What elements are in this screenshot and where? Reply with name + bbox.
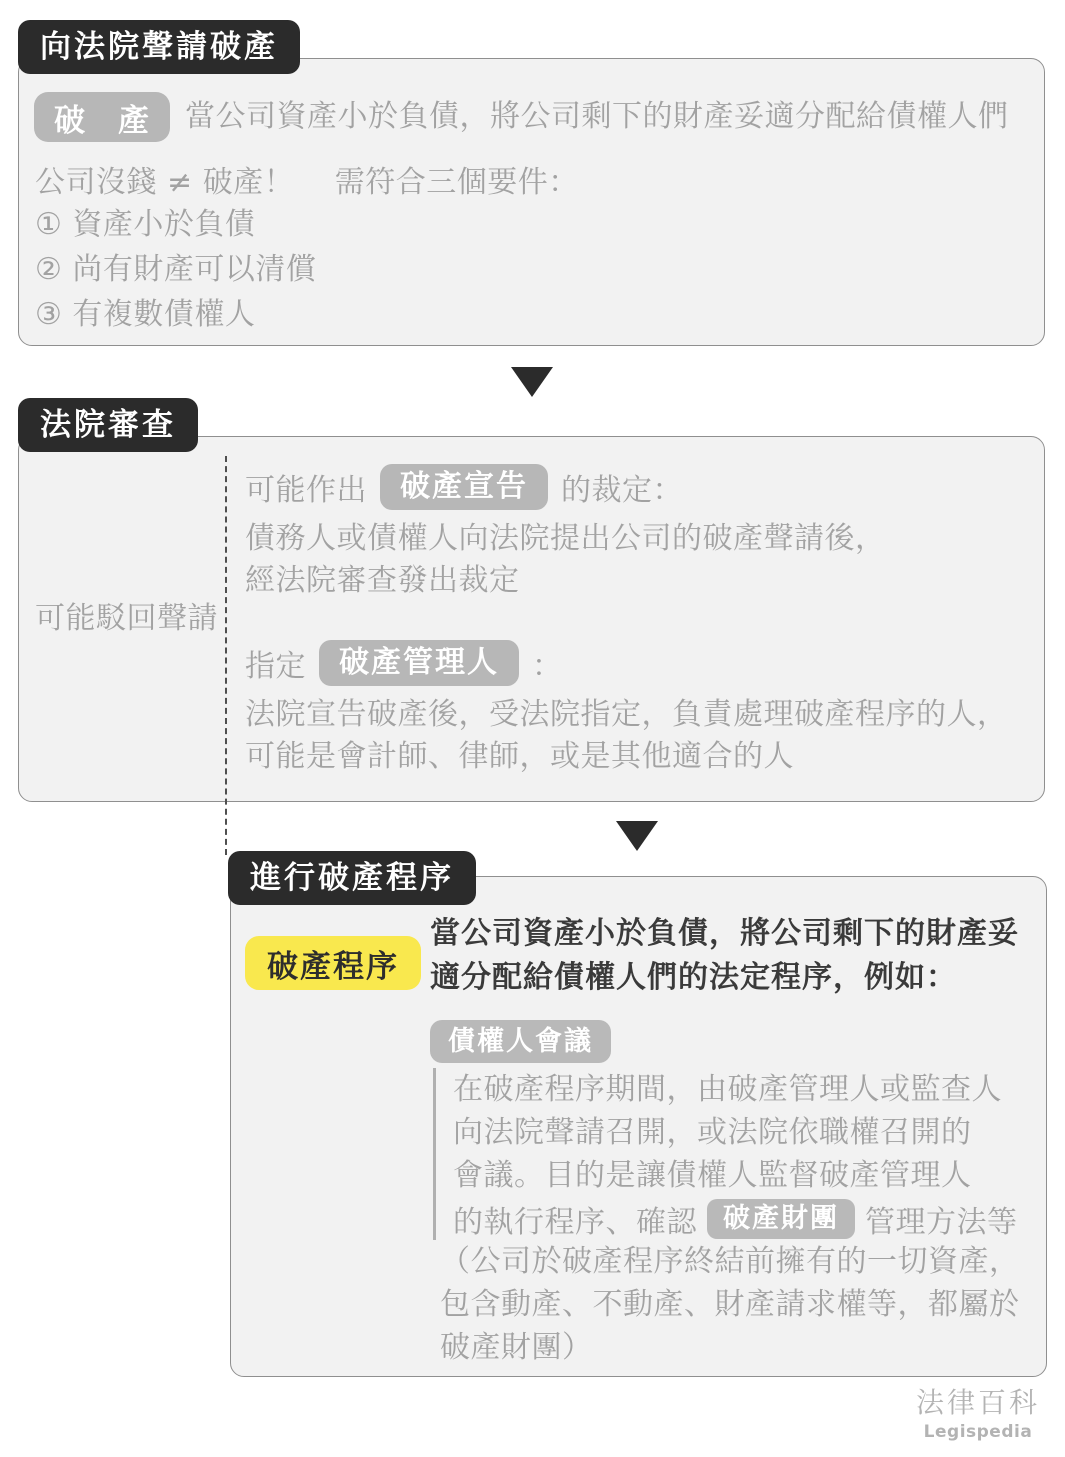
procedure-definition-line1: 當公司資產小於負債，將公司剩下的財產妥 bbox=[430, 912, 1019, 956]
bankruptcy-estate-badge: 破產財團 bbox=[707, 1199, 855, 1239]
inline-suffix: 管理方法等 bbox=[865, 1197, 1018, 1241]
rejection-note: 可能駁回聲請 bbox=[35, 604, 218, 634]
down-arrow-icon bbox=[511, 367, 553, 397]
meeting-desc-line4: 的執行程序、確認 破產財團 管理方法等 bbox=[453, 1197, 1018, 1240]
step1-label: 向法院聲請破產 bbox=[18, 20, 300, 74]
bankruptcy-procedure-badge: 破產程序 bbox=[245, 936, 421, 990]
step1-definition: 當公司資產小於負債，將公司剩下的財產妥適分配給債權人們 bbox=[185, 102, 1009, 132]
down-arrow-icon bbox=[616, 821, 658, 851]
step3-label: 進行破產程序 bbox=[228, 851, 476, 905]
appointment-suffix: ： bbox=[532, 641, 563, 685]
paren-line1: （公司於破產程序終結前擁有的一切資產， bbox=[440, 1240, 1020, 1283]
meeting-desc-line3: 會議。目的是讓債權人監督破產管理人 bbox=[453, 1154, 1018, 1197]
creditors-meeting-description: 在破產程序期間，由破產管理人或監查人 向法院聲請召開，或法院依職權召開的 會議。… bbox=[433, 1068, 1018, 1240]
inline-prefix: 的執行程序、確認 bbox=[453, 1197, 697, 1241]
ruling-desc-line1: 債務人或債權人向法院提出公司的破產聲請後， bbox=[245, 524, 886, 554]
ruling-desc-line2: 經法院審查發出裁定 bbox=[245, 566, 520, 596]
appointment-desc-line2: 可能是會計師、律師，或是其他適合的人 bbox=[245, 742, 794, 772]
requirement-1: ① 資產小於負債 bbox=[35, 210, 255, 240]
brand-name-en: Legispedia bbox=[916, 1424, 1040, 1441]
procedure-definition-line2: 適分配給債權人們的法定程序，例如： bbox=[430, 956, 1019, 1000]
ruling-headline: 可能作出 破產宣告 的裁定： bbox=[245, 464, 683, 510]
brand-logo: 法律百科 Legispedia bbox=[916, 1388, 1040, 1441]
step1-note: 公司沒錢 ≠ 破產！ 需符合三個要件： bbox=[35, 168, 579, 198]
procedure-definition: 當公司資產小於負債，將公司剩下的財產妥 適分配給債權人們的法定程序，例如： bbox=[430, 912, 1019, 1000]
ruling-suffix: 的裁定： bbox=[561, 465, 683, 509]
bankruptcy-declaration-badge: 破產宣告 bbox=[380, 464, 548, 510]
requirement-2: ② 尚有財產可以清償 bbox=[35, 255, 316, 285]
estate-parenthetical: （公司於破產程序終結前擁有的一切資產， 包含動產、不動產、財產請求權等，都屬於 … bbox=[440, 1240, 1020, 1369]
step2-label: 法院審查 bbox=[18, 398, 198, 452]
appointment-desc-line1: 法院宣告破產後，受法院指定，負責處理破產程序的人， bbox=[245, 700, 1008, 730]
appointment-prefix: 指定 bbox=[245, 641, 306, 685]
meeting-desc-line1: 在破產程序期間，由破產管理人或監查人 bbox=[453, 1068, 1018, 1111]
ruling-prefix: 可能作出 bbox=[245, 465, 367, 509]
requirement-3: ③ 有複數債權人 bbox=[35, 300, 255, 330]
brand-name-zh: 法律百科 bbox=[916, 1388, 1040, 1419]
paren-line3: 破產財團） bbox=[440, 1326, 1020, 1369]
dashed-divider-line bbox=[225, 456, 227, 855]
bankruptcy-term-badge: 破 產 bbox=[34, 92, 170, 142]
bankruptcy-flowchart: 向法院聲請破產 破 產 當公司資產小於負債，將公司剩下的財產妥適分配給債權人們 … bbox=[0, 0, 1065, 1457]
creditors-meeting-badge: 債權人會議 bbox=[430, 1020, 611, 1063]
appointment-headline: 指定 破產管理人 ： bbox=[245, 640, 563, 686]
meeting-desc-line2: 向法院聲請召開，或法院依職權召開的 bbox=[453, 1111, 1018, 1154]
trustee-badge: 破產管理人 bbox=[319, 640, 519, 686]
paren-line2: 包含動產、不動產、財產請求權等，都屬於 bbox=[440, 1283, 1020, 1326]
